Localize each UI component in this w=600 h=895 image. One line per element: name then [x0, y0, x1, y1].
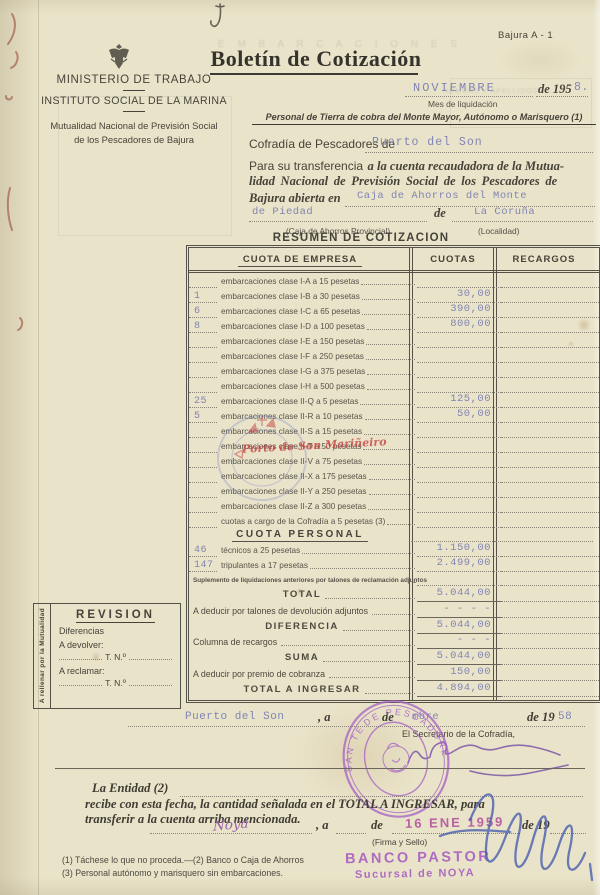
dotted-leader: [362, 299, 415, 300]
recargos-cell: [501, 303, 599, 318]
totals-label: SUMA: [281, 652, 321, 665]
dotted-line: [129, 684, 172, 686]
recargos-cell: [501, 288, 599, 303]
cuotas-cell: [417, 513, 501, 528]
document-page: E M B A R C A C I O N E S NOMBRE Y APELL…: [0, 0, 600, 895]
cuotas-cell: 5.044,00: [417, 618, 501, 634]
count-cell: 46: [189, 541, 217, 557]
totals-value: 5.044,00: [437, 587, 491, 599]
row-label: tripulantes a 17 pesetas: [217, 561, 308, 572]
totals-rows: TOTAL 5.044,00 A deducir por talones de …: [189, 586, 599, 697]
dotted-leader: [367, 374, 415, 375]
recargos-cell: [501, 453, 599, 468]
totals-label: DIFERENCIA: [261, 621, 341, 634]
col-header-empresa: CUOTA DE EMPRESA: [189, 254, 411, 265]
recargos-cell: [501, 634, 599, 650]
totals-row: DIFERENCIA 5.044,00: [189, 618, 599, 634]
table-row: embarcaciones clase I-G a 375 pesetas: [189, 363, 599, 378]
table-row: embarcaciones clase I-A a 15 pesetas: [189, 273, 599, 288]
count-cell: [189, 347, 217, 363]
recargos-cell: [501, 572, 599, 586]
col-header-cuotas: CUOTAS: [411, 254, 495, 265]
a-label: , a: [316, 818, 329, 833]
year-printed: de 195: [538, 82, 572, 97]
month-caption: Mes de liquidación: [428, 99, 497, 109]
count-cell: [189, 272, 217, 288]
recargos-cell: [501, 542, 599, 557]
recargos-cell: [495, 528, 593, 542]
table-row: 147 tripulantes a 17 pesetas 2.499,00: [189, 557, 599, 572]
dotted-leader: [362, 314, 415, 315]
revision-diferencias: Diferencias: [59, 626, 172, 636]
place-typed: Puerto del Son: [185, 711, 284, 723]
cuotas-value: 125,00: [450, 393, 491, 405]
count-cell: [189, 377, 217, 393]
dotted-leader: [367, 389, 415, 390]
recargos-cell: [501, 438, 599, 453]
paragraph-line1: Para su transferencia a la cuenta recaud…: [249, 157, 597, 175]
row-label: embarcaciones clase I-E a 150 pesetas: [217, 337, 364, 348]
paragraph-line3: Bajura abierta en: [249, 191, 341, 206]
count-cell: [189, 362, 217, 378]
divider: [123, 90, 145, 91]
dotted-leader: [323, 661, 415, 662]
dotted-leader: [364, 434, 415, 435]
dotted-leader: [325, 598, 415, 599]
suplemento-label: Suplemento de liquidaciones anteriores p…: [189, 577, 411, 586]
summary-title: RESUMEN DE COTIZACION: [261, 232, 461, 244]
title-underline: [210, 73, 418, 75]
form-code: Bajura A - 1: [498, 30, 553, 41]
table-row: embarcaciones clase I-E a 150 pesetas: [189, 333, 599, 348]
dotted-leader: [369, 494, 416, 495]
row-label: embarcaciones clase I-F a 250 pesetas: [217, 352, 364, 363]
cuotas-cell: [417, 453, 501, 468]
page-title: Boletín de Cotización: [206, 46, 426, 72]
totals-label: A deducir por premio de cobranza: [189, 669, 327, 681]
cuotas-value: 390,00: [450, 303, 491, 315]
firma-sello-label: (Firma y Sello): [372, 837, 427, 847]
dotted-leader: [372, 614, 415, 615]
recargos-cell: [501, 498, 599, 513]
recargos-cell: [501, 363, 599, 378]
dotted-leader: [367, 329, 415, 330]
cuotas-cell: 125,00: [417, 393, 501, 408]
totals-row: A deducir por premio de cobranza 150,00: [189, 665, 599, 681]
dotted-leader: [368, 509, 415, 510]
dotted-line: [59, 684, 102, 686]
bank-signature: [430, 778, 600, 895]
cuotas-cell: [417, 378, 501, 393]
dotted-line: [129, 658, 172, 660]
totals-row: A deducir por talones de devolución adju…: [189, 602, 599, 618]
totals-row: Columna de recargos - - -: [189, 634, 599, 650]
cuotas-cell: 30,00: [417, 288, 501, 303]
cuotas-cell: [417, 438, 501, 453]
revision-devolver: A devolver:: [59, 640, 172, 650]
signature-rule: [55, 768, 585, 769]
dotted-leader: [343, 630, 415, 631]
caption-locality: (Localidad): [478, 226, 519, 236]
count-cell: 1: [189, 287, 217, 303]
recargos-cell: [501, 273, 599, 288]
institute-title: INSTITUTO SOCIAL DE LA MARINA: [28, 95, 240, 107]
table-row: 1 embarcaciones clase I-B a 30 pesetas 3…: [189, 288, 599, 303]
cuotas-value: 2.499,00: [437, 557, 491, 569]
count-typed: 46: [194, 545, 207, 556]
revision-title: REVISION: [59, 609, 172, 621]
dotted-line: [336, 832, 366, 834]
table-row: 8 embarcaciones clase I-D a 100 pesetas …: [189, 318, 599, 333]
table-row: 46 técnicos a 25 pesetas 1.150,00: [189, 542, 599, 557]
cuotas-cell: 800,00: [417, 318, 501, 333]
de-label: de: [371, 818, 383, 833]
dotted-leader: [413, 582, 415, 583]
col-header-recargos: RECARGOS: [495, 254, 593, 265]
dotted-line: [345, 205, 595, 207]
dotted-leader: [369, 479, 415, 480]
cuotas-cell: 150,00: [417, 665, 501, 681]
dotted-leader: [366, 344, 415, 345]
row-label: técnicos a 25 pesetas: [217, 546, 300, 557]
recargos-cell: [501, 408, 599, 423]
recargos-cell: [501, 681, 599, 697]
dotted-leader: [281, 645, 415, 646]
dotted-leader: [360, 404, 415, 405]
recargos-cell: [501, 393, 599, 408]
entity-name-line1: Caja de Ahorros del Monte: [357, 190, 527, 202]
cuotas-cell: 390,00: [417, 303, 501, 318]
coat-of-arms-icon: [107, 42, 131, 74]
dotted-leader: [366, 359, 415, 360]
cuotas-cell: [417, 423, 501, 438]
totals-label: A deducir por talones de devolución adju…: [189, 606, 370, 618]
faint-round-stamp: [205, 408, 320, 508]
cuotas-cell: [411, 528, 495, 542]
dotted-line: [59, 658, 102, 660]
table-header: CUOTA DE EMPRESA CUOTAS RECARGOS: [189, 248, 599, 273]
entity-name-line2: de Piedad: [252, 206, 313, 218]
receipt-line1: recibe con esta fecha, la cantidad señal…: [85, 797, 485, 812]
tn-label: T. N.º: [102, 652, 129, 662]
tn-line: T. N.º: [59, 678, 172, 688]
side-note: A rellenar por la Mutualidad: [39, 608, 46, 703]
cuotas-cell: 2.499,00: [417, 557, 501, 572]
totals-value: - - - -: [443, 603, 491, 615]
row-label: embarcaciones clase I-B a 30 pesetas: [217, 292, 360, 303]
table-row: 6 embarcaciones clase I-C a 65 pesetas 3…: [189, 303, 599, 318]
recargos-cell: [501, 557, 599, 572]
recargos-cell: [501, 378, 599, 393]
cuotas-cell: [417, 273, 501, 288]
dotted-line: [365, 151, 593, 153]
mutualidad-line1: Mutualidad Nacional de Previsión Social: [50, 120, 217, 131]
cuotas-value: 30,00: [457, 288, 491, 300]
dotted-leader: [365, 419, 415, 420]
row-label: embarcaciones clase I-G a 375 pesetas: [217, 367, 365, 378]
masthead: MINISTERIO DE TRABAJO INSTITUTO SOCIAL D…: [28, 74, 240, 147]
recargos-cell: [501, 333, 599, 348]
recargos-cell: [501, 423, 599, 438]
cuotas-cell: 1.150,00: [417, 542, 501, 557]
receipt-line2: transferir a la cuenta arriba mencionada…: [85, 812, 301, 827]
revision-side-strip: A rellenar por la Mutualidad: [34, 604, 51, 708]
cuotas-cell: [417, 572, 501, 586]
cofradia-value: Puerto del Son: [372, 136, 483, 149]
totals-label: TOTAL: [279, 589, 324, 602]
count-cell: 147: [189, 556, 217, 572]
count-cell: [189, 512, 217, 528]
dotted-line: [452, 220, 593, 222]
totals-value: - - -: [457, 634, 491, 646]
personal-rows: 46 técnicos a 25 pesetas 1.150,00 147 tr…: [189, 542, 599, 572]
recargos-cell: [501, 649, 599, 665]
tn-label: T. N.º: [102, 678, 129, 688]
row-label: embarcaciones clase I-A a 15 pesetas: [217, 277, 359, 288]
footnote-2: (3) Personal autónomo y marisquero sin e…: [62, 868, 283, 878]
dotted-leader: [310, 568, 415, 569]
count-typed: 1: [194, 291, 201, 302]
ink-blot: [0, 0, 40, 345]
personal-section-header: CUOTA PERSONAL: [189, 528, 599, 542]
totals-value: 5.044,00: [437, 619, 491, 631]
cuotas-cell: [417, 468, 501, 483]
recargos-cell: [501, 665, 599, 681]
totals-value: 5.044,00: [437, 650, 491, 662]
suplemento-row: Suplemento de liquidaciones anteriores p…: [189, 572, 599, 586]
cuotas-value: 1.150,00: [437, 542, 491, 554]
personnel-line: Personal de Tierra de cobra del Monte Ma…: [252, 112, 596, 125]
count-cell: 6: [189, 302, 217, 318]
de-label: de: [434, 206, 446, 221]
row-label: embarcaciones clase I-H a 500 pesetas: [217, 382, 365, 393]
dotted-leader: [363, 449, 415, 450]
cuotas-cell: [417, 363, 501, 378]
cuotas-cell: [417, 348, 501, 363]
totals-row: SUMA 5.044,00: [189, 649, 599, 665]
count-typed: 25: [194, 396, 207, 407]
recargos-cell: [501, 483, 599, 498]
row-label: embarcaciones clase I-C a 65 pesetas: [217, 307, 360, 318]
cuotas-cell: [417, 333, 501, 348]
cuotas-cell: 5.044,00: [417, 586, 501, 602]
year-typed: 8.: [574, 81, 589, 94]
totals-label: TOTAL A INGRESAR: [239, 684, 362, 697]
row-label: embarcaciones clase I-D a 100 pesetas: [217, 322, 365, 333]
tn-line: T. N.º: [59, 652, 172, 662]
recargos-cell: [501, 513, 599, 528]
dotted-line: [249, 220, 427, 222]
recargos-cell: [501, 318, 599, 333]
para-rest: a la cuenta recaudadora de la Mutua-: [368, 159, 565, 173]
cuotas-cell: 5.044,00: [417, 649, 501, 665]
cuotas-cell: 50,00: [417, 408, 501, 423]
mutualidad-line2: de los Pescadores de Bajura: [74, 134, 194, 145]
cuotas-cell: [417, 483, 501, 498]
stamp-arc-left-text: SAN TE: [333, 721, 376, 774]
para-intro: Para su transferencia: [249, 159, 363, 173]
dotted-leader: [302, 553, 415, 554]
count-cell: [189, 332, 217, 348]
year-printed: de 19: [527, 710, 555, 725]
entity-label: La Entidad (2): [92, 781, 168, 796]
dotted-leader: [361, 284, 415, 285]
month-value: NOVIEMBRE: [413, 81, 496, 95]
dotted-line: [405, 95, 533, 97]
locality-value: La Coruña: [474, 206, 535, 218]
count-typed: 8: [194, 321, 201, 332]
divider: [123, 111, 145, 112]
recargos-cell: [501, 348, 599, 363]
recargos-cell: [501, 468, 599, 483]
revision-reclamar: A reclamar:: [59, 666, 172, 676]
count-cell: 8: [189, 317, 217, 333]
footnote-1: (1) Táchese lo que no proceda.—(2) Banco…: [62, 855, 304, 865]
totals-label: Columna de recargos: [189, 637, 279, 649]
dotted-leader: [329, 677, 415, 678]
pen-mark: [200, 0, 236, 34]
totals-value: 150,00: [450, 666, 491, 678]
dotted-leader: [364, 464, 415, 465]
count-typed: 147: [194, 560, 214, 571]
table-row: embarcaciones clase I-H a 500 pesetas: [189, 378, 599, 393]
ministry-title: MINISTERIO DE TRABAJO: [28, 74, 240, 86]
cuotas-cell: - - -: [417, 634, 501, 650]
recargos-cell: [501, 618, 599, 634]
count-typed: 5: [194, 411, 201, 422]
table-row: embarcaciones clase I-F a 250 pesetas: [189, 348, 599, 363]
cuotas-value: 800,00: [450, 318, 491, 330]
paragraph-line2: lidad Nacional de Previsión Social de lo…: [249, 174, 597, 189]
count-typed: 6: [194, 306, 201, 317]
mutualidad-line: Mutualidad Nacional de Previsión Social …: [28, 119, 240, 147]
row-label: embarcaciones clase II-Q a 5 pesetas: [217, 397, 358, 408]
count-cell: 25: [189, 392, 217, 408]
table-row: 25 embarcaciones clase II-Q a 5 pesetas …: [189, 393, 599, 408]
revision-box: A rellenar por la Mutualidad REVISION Di…: [33, 603, 181, 709]
dotted-line: [150, 832, 312, 834]
recargos-cell: [501, 586, 599, 602]
cuotas-cell: - - - -: [417, 602, 501, 618]
cuotas-value: 50,00: [457, 408, 491, 420]
totals-value: 4.894,00: [437, 682, 491, 694]
cuotas-cell: [417, 498, 501, 513]
recargos-cell: [501, 602, 599, 618]
totals-row: TOTAL 5.044,00: [189, 586, 599, 602]
year-typed: 58: [558, 711, 572, 723]
